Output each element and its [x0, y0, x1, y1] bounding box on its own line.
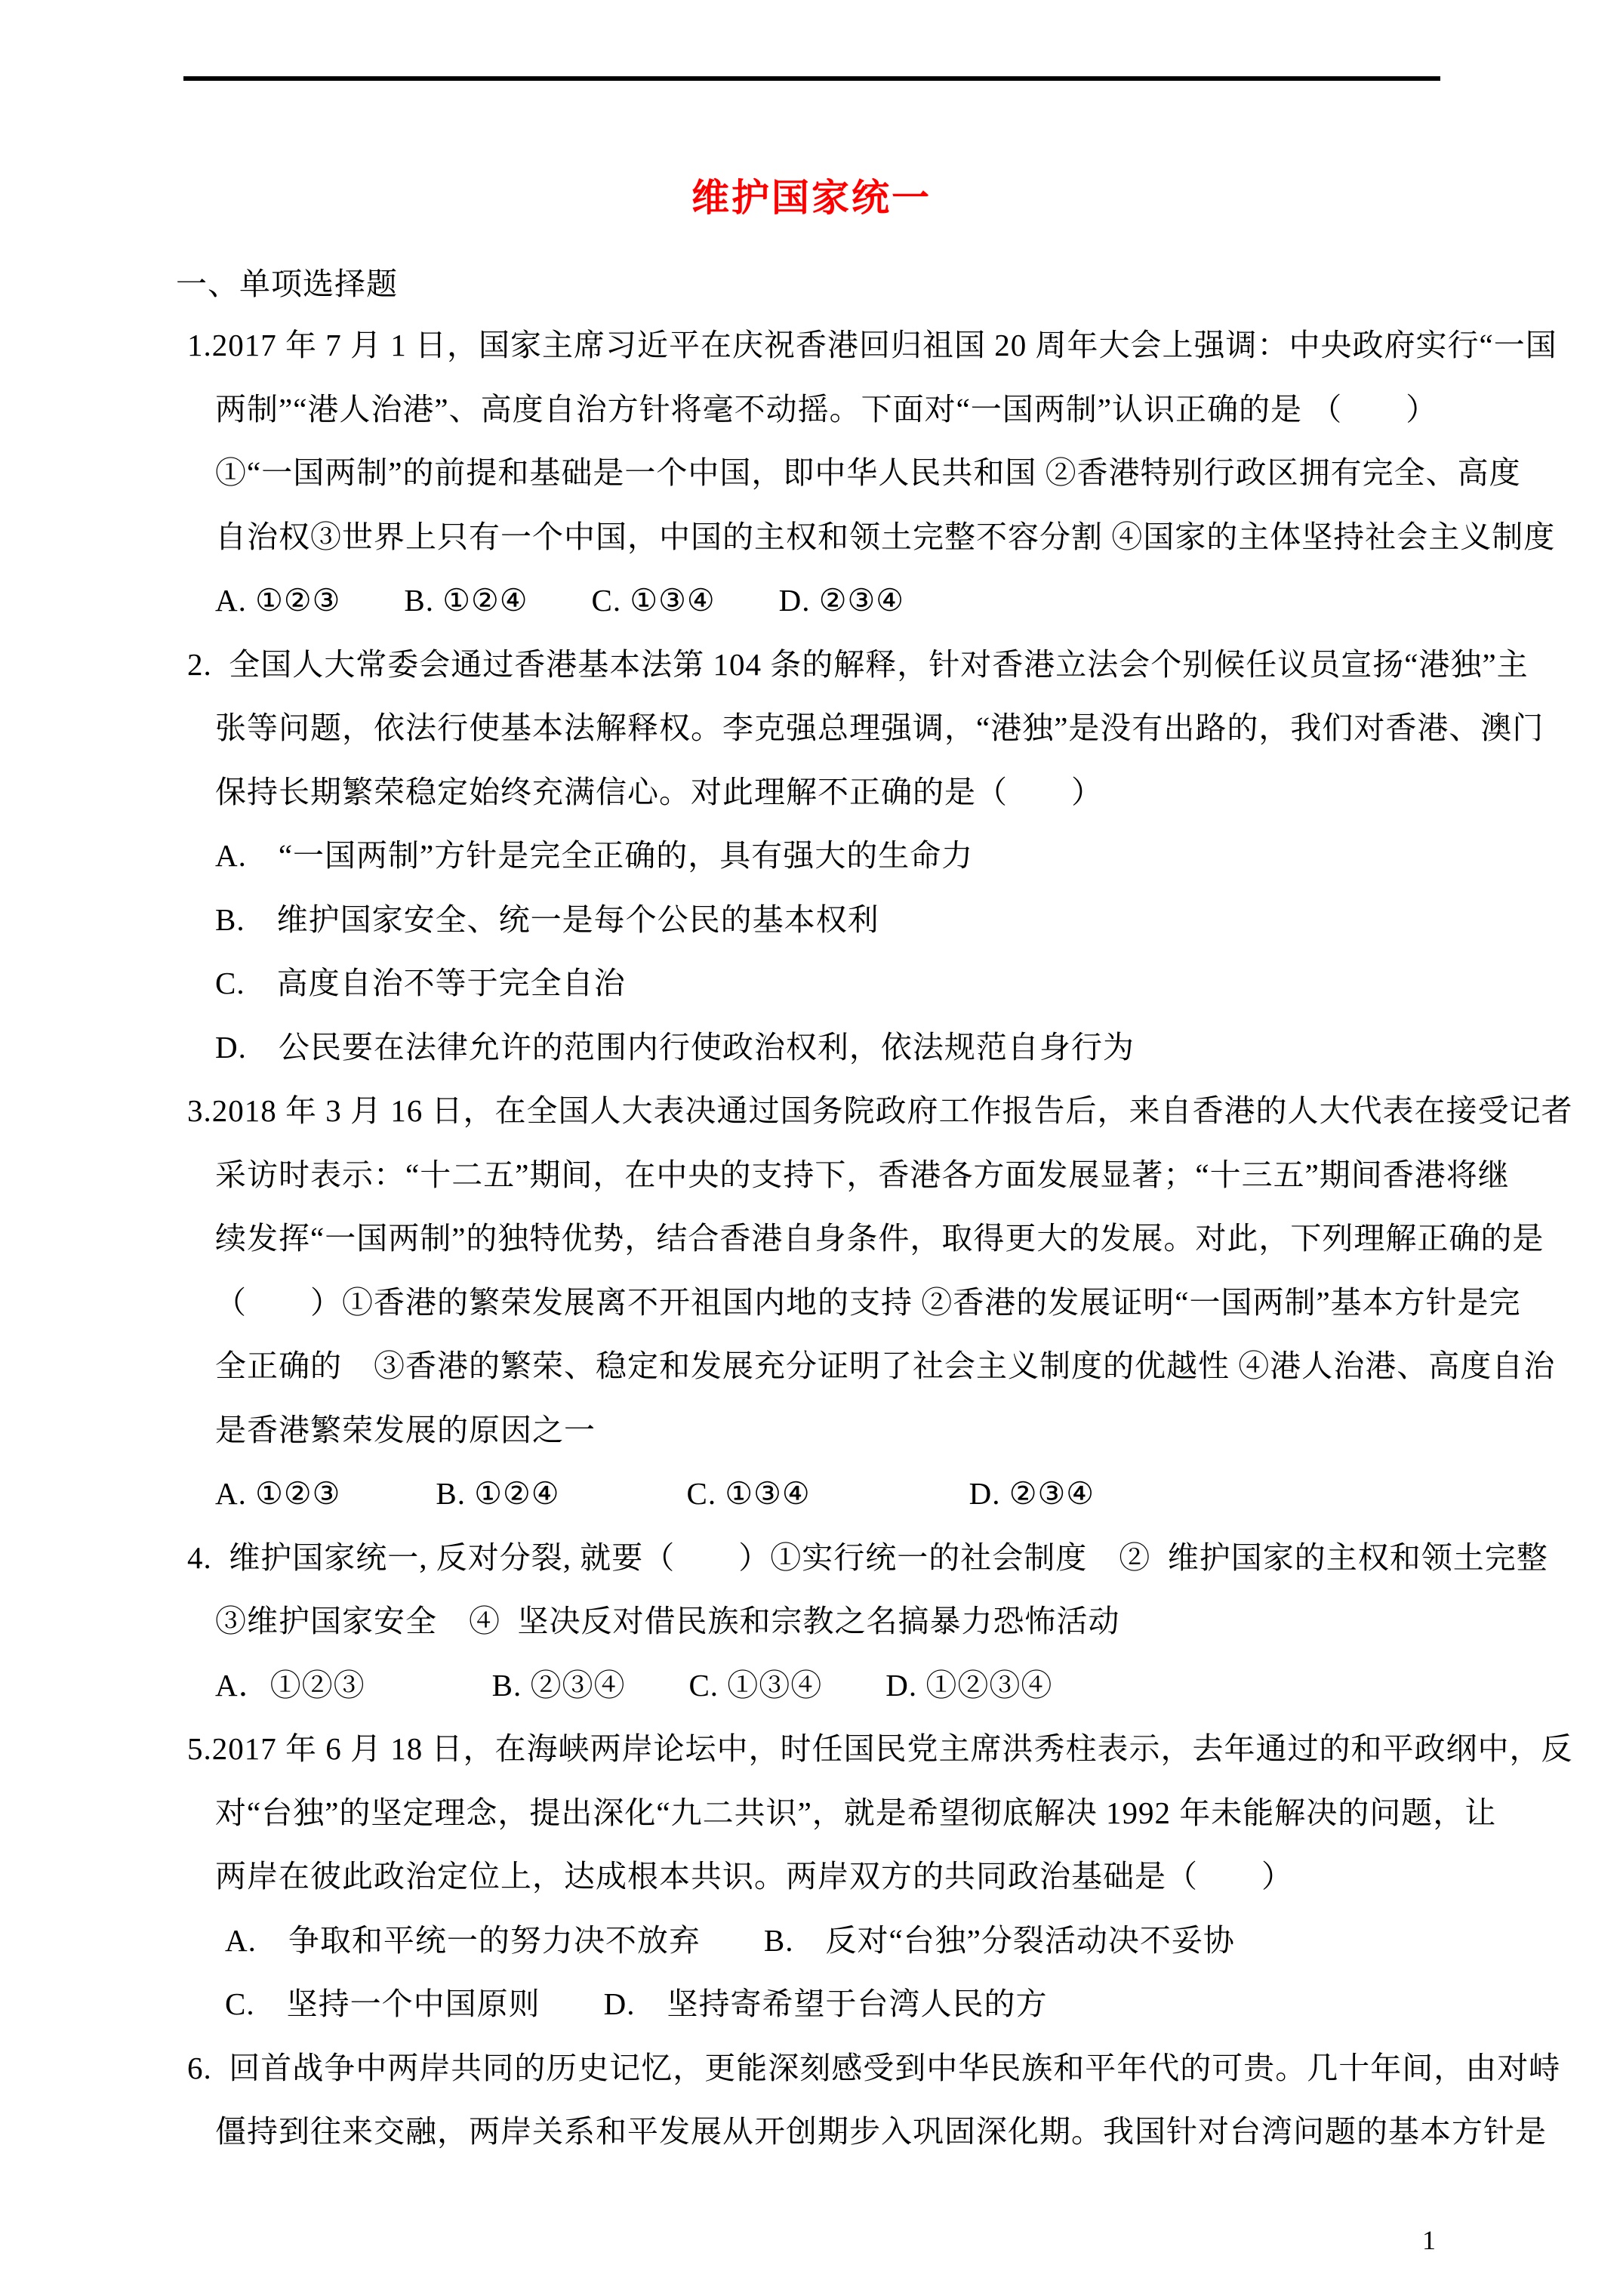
q3-text-line-6: 是香港繁荣发展的原因之一 — [215, 1412, 596, 1449]
q1-text-line-4: 自治权③世界上只有一个中国，中国的主权和领土完整不容分割 ④国家的主体坚持社会主… — [215, 519, 1555, 556]
q2-option-b: B. 维护国家安全、统一是每个公民的基本权利 — [215, 901, 879, 938]
q5-options-line-ab: A. 争取和平统一的努力决不放弃 B. 反对“台独”分裂活动决不妥协 — [225, 1922, 1235, 1959]
q4-text-line-2: ③维护国家安全 ④ 坚决反对借民族和宗教之名搞暴力恐怖活动 — [215, 1603, 1120, 1640]
q2-option-c: C. 高度自治不等于完全自治 — [215, 965, 626, 1002]
q3-options-line: A. ①②③ B. ①②④ C. ①③④ D. ②③④ — [215, 1475, 1095, 1512]
q1-text-line-2: 两制”“港人治港”、高度自治方针将毫不动摇。下面对“一国两制”认识正确的是 （ … — [215, 391, 1437, 428]
q4-options-line: A．①②③ B. ②③④ C. ①③④ D. ①②③④ — [215, 1667, 1052, 1704]
q2-option-a: A. “一国两制”方针是完全正确的，具有强大的生命力 — [215, 837, 973, 874]
page-title: 维护国家统一 — [0, 168, 1623, 222]
q4-text-line-1: 4. 维护国家统一, 反对分裂, 就要（ ）①实行统一的社会制度 ② 维护国家的… — [187, 1539, 1548, 1576]
q6-text-line-2: 僵持到往来交融，两岸关系和平发展从开创期步入巩固深化期。我国针对台湾问题的基本方… — [215, 2113, 1547, 2150]
q2-option-d: D. 公民要在法律允许的范围内行使政治权利，依法规范自身行为 — [215, 1029, 1135, 1066]
q5-options-line-cd: C. 坚持一个中国原则 D. 坚持寄希望于台湾人民的方 — [225, 1986, 1047, 2023]
q3-text-line-2: 采访时表示：“十二五”期间，在中央的支持下，香港各方面发展显著；“十三五”期间香… — [215, 1157, 1510, 1194]
q3-text-line-1: 3.2018 年 3 月 16 日，在全国人大表决通过国务院政府工作报告后，来自… — [187, 1093, 1573, 1130]
q1-text-line-1: 1.2017 年 7 月 1 日，国家主席习近平在庆祝香港回归祖国 20 周年大… — [187, 327, 1557, 364]
page-number: 1 — [1422, 2224, 1436, 2256]
q3-text-line-4: （ ）①香港的繁荣发展离不开祖国内地的支持 ②香港的发展证明“一国两制”基本方针… — [215, 1284, 1521, 1321]
q5-text-line-1: 5.2017 年 6 月 18 日，在海峡两岸论坛中，时任国民党主席洪秀柱表示，… — [187, 1730, 1573, 1767]
q1-options-line: A. ①②③ B. ①②④ C. ①③④ D. ②③④ — [215, 582, 904, 619]
q2-text-line-2: 张等问题，依法行使基本法解释权。李克强总理强调，“港独”是没有出路的，我们对香港… — [215, 710, 1544, 747]
section-heading: 一、单项选择题 — [176, 266, 398, 303]
q3-text-line-3: 续发挥“一国两制”的独特优势，结合香港自身条件，取得更大的发展。对此，下列理解正… — [215, 1220, 1544, 1257]
q6-text-line-1: 6. 回首战争中两岸共同的历史记忆，更能深刻感受到中华民族和平年代的可贵。几十年… — [187, 2050, 1560, 2087]
q1-text-line-3: ①“一国两制”的前提和基础是一个中国，即中华人民共和国 ②香港特别行政区拥有完全… — [215, 455, 1521, 492]
q5-text-line-2: 对“台独”的坚定理念，提出深化“九二共识”，就是希望彻底解决 1992 年未能解… — [215, 1795, 1496, 1832]
q3-text-line-5: 全正确的 ③香港的繁荣、稳定和发展充分证明了社会主义制度的优越性 ④港人治港、高… — [215, 1348, 1555, 1385]
q2-text-line-1: 2. 全国人大常委会通过香港基本法第 104 条的解释，针对香港立法会个别候任议… — [187, 646, 1529, 683]
q2-text-line-3: 保持长期繁荣稳定始终充满信心。对此理解不正确的是（ ） — [215, 774, 1103, 811]
document-page: 维护国家统一 一、单项选择题 1.2017 年 7 月 1 日，国家主席习近平在… — [0, 0, 1623, 2296]
q5-text-line-3: 两岸在彼此政治定位上，达成根本共识。两岸双方的共同政治基础是（ ） — [215, 1858, 1293, 1895]
header-rule — [183, 76, 1440, 81]
